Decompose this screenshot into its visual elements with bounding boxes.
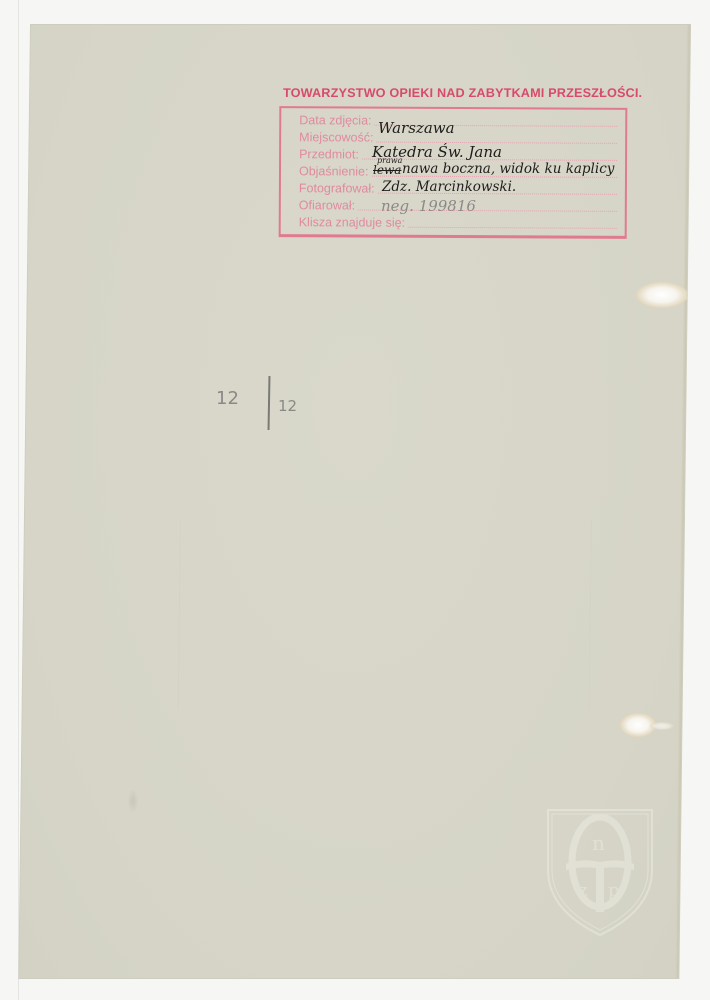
stamp-title: TOWARZYSTWO OPIEKI NAD ZABYTKAMI PRZESZŁ… bbox=[283, 86, 643, 100]
stamp-row-negative-location: Klisza znajduje się: bbox=[299, 213, 617, 231]
paper-damage-upper bbox=[636, 282, 688, 308]
stamp-label: Data zdjęcia: bbox=[299, 113, 371, 127]
stamp-label: Miejscowość: bbox=[299, 130, 373, 144]
shield-monogram-icon: n z p bbox=[540, 800, 660, 940]
scan-border-line bbox=[18, 0, 19, 1000]
paper-damage-lower-tail bbox=[650, 722, 674, 730]
bleed-through-frame bbox=[178, 520, 592, 710]
handwritten-description: nawa boczna, widok ku kaplicy bbox=[402, 161, 614, 177]
handwritten-photographer: Zdz. Marcinkowski. bbox=[382, 179, 516, 195]
pencil-number-left: 12 bbox=[216, 388, 239, 409]
handwritten-negative-number: neg. 199816 bbox=[381, 197, 476, 215]
stamp-label: Klisza znajduje się: bbox=[299, 215, 405, 230]
handwritten-place: Warszawa bbox=[378, 119, 455, 137]
stamp-label: Ofiarował: bbox=[299, 198, 355, 212]
smudge-mark bbox=[128, 790, 138, 812]
paper-edge bbox=[675, 25, 690, 978]
svg-text:p: p bbox=[608, 880, 620, 901]
svg-text:n: n bbox=[592, 831, 605, 855]
stamp-label: Objaśnienie: bbox=[299, 164, 369, 178]
stamp-label: Przedmiot: bbox=[299, 147, 359, 161]
dotted-line bbox=[408, 226, 617, 229]
pencil-number-right: 12 bbox=[278, 397, 297, 415]
stamp-label: Fotografował: bbox=[299, 181, 375, 195]
stamp-row-date: Data zdjęcia: bbox=[299, 111, 617, 129]
svg-text:z: z bbox=[578, 880, 587, 901]
handwritten-struck-word: lewa bbox=[373, 163, 401, 177]
